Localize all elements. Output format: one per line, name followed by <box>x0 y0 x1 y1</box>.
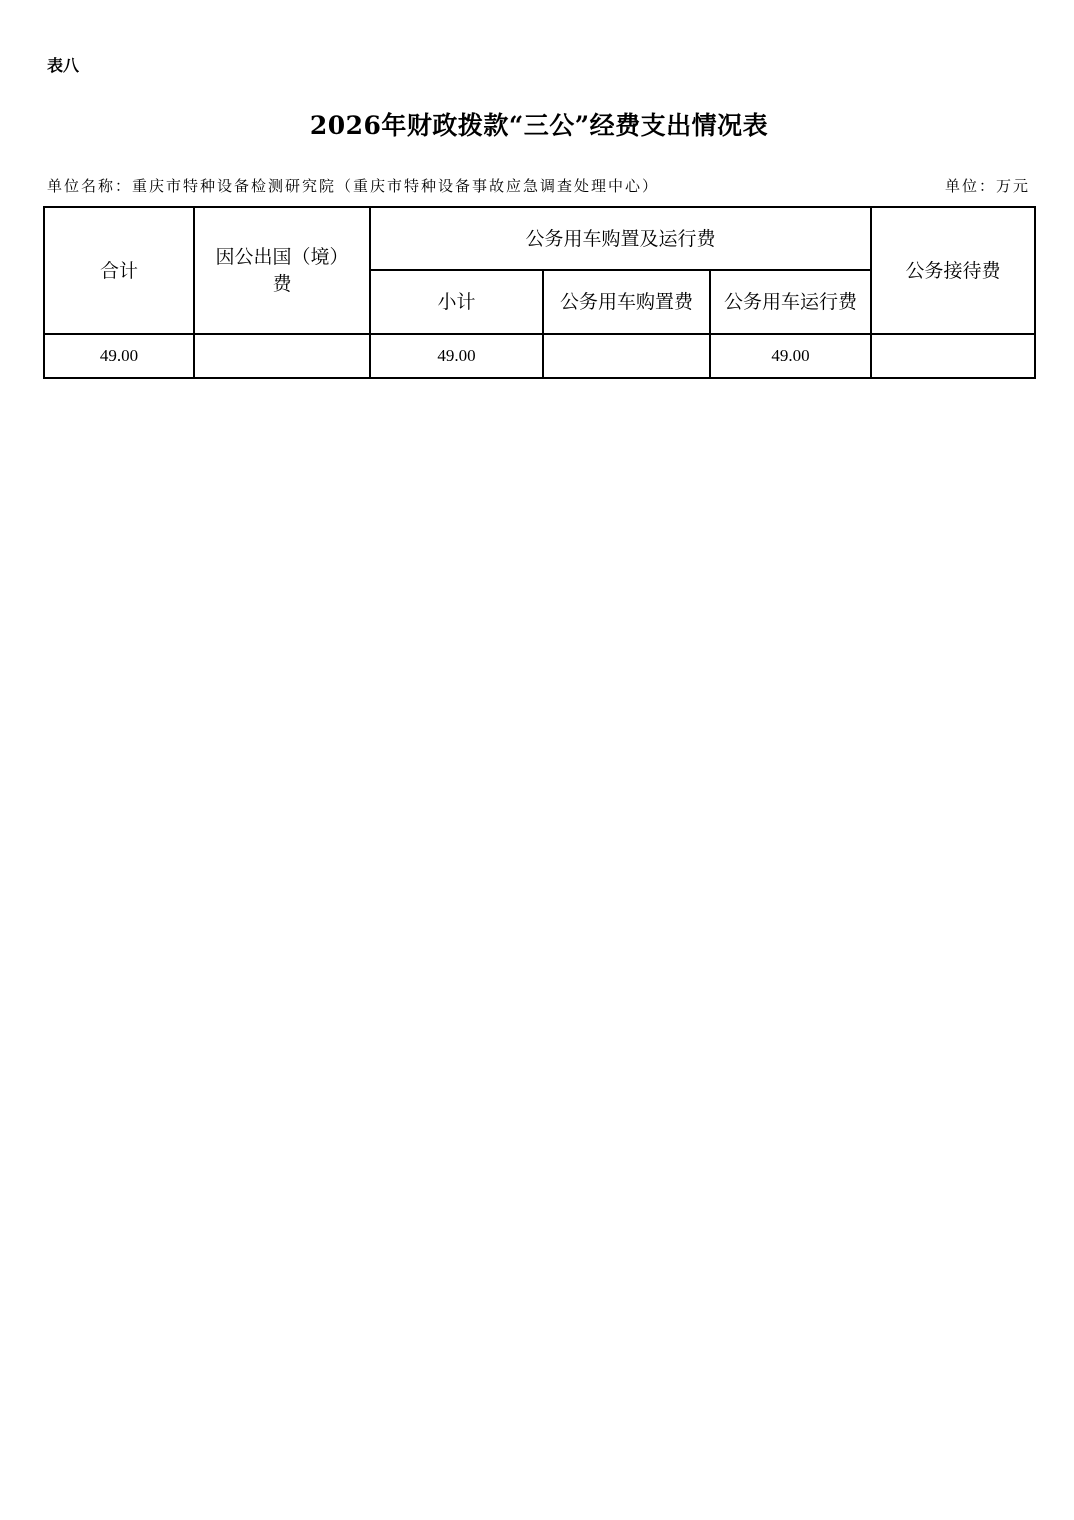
cell-vehicle-operation: 49.00 <box>710 334 871 378</box>
unit-measure: 单位：万元 <box>945 175 1030 196</box>
header-reception: 公务接待费 <box>871 207 1035 334</box>
header-vehicle-operation: 公务用车运行费 <box>710 270 871 334</box>
cell-total: 49.00 <box>44 334 194 378</box>
unit-name: 单位名称：重庆市特种设备检测研究院（重庆市特种设备事故应急调查处理中心） <box>47 175 659 196</box>
header-vehicle-group: 公务用车购置及运行费 <box>370 207 871 270</box>
header-total: 合计 <box>44 207 194 334</box>
header-overseas-label: 因公出国（境）费 <box>207 244 357 298</box>
header-vehicle-subtotal: 小计 <box>370 270 543 334</box>
cell-overseas <box>194 334 370 378</box>
three-public-expense-table: 合计 因公出国（境）费 公务用车购置及运行费 公务接待费 小计 公务用车购置费 … <box>43 206 1036 379</box>
cell-reception <box>871 334 1035 378</box>
table-number-label: 表八 <box>47 53 79 76</box>
header-vehicle-purchase: 公务用车购置费 <box>543 270 710 334</box>
table-row: 49.00 49.00 49.00 <box>44 334 1035 378</box>
cell-vehicle-purchase <box>543 334 710 378</box>
page-title: 2026年财政拨款“三公”经费支出情况表 <box>0 106 1074 142</box>
header-overseas: 因公出国（境）费 <box>194 207 370 334</box>
header-row-1: 合计 因公出国（境）费 公务用车购置及运行费 公务接待费 <box>44 207 1035 270</box>
cell-vehicle-subtotal: 49.00 <box>370 334 543 378</box>
